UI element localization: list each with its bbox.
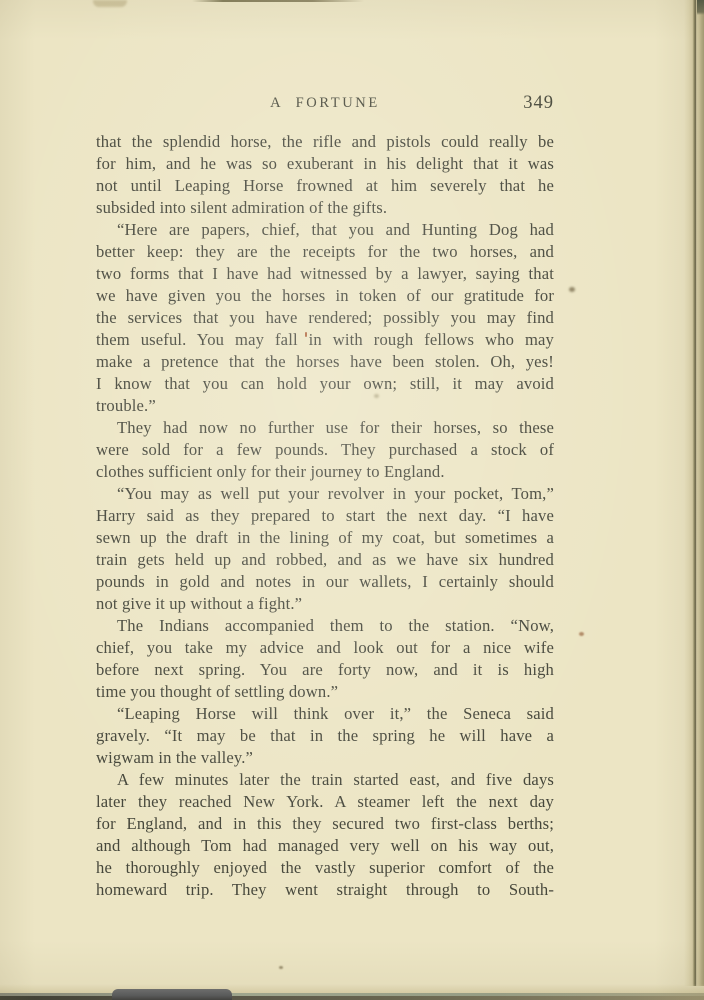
page-curl-shadow [0,984,704,993]
text-line: for him, and he was so exuberant in his … [96,153,554,175]
text-line: They had now no further use for their ho… [96,417,554,439]
binding-shadow [0,996,704,1000]
paragraph: that the splendid horse, the rifle and p… [96,131,554,219]
scan-speck [279,966,283,969]
paragraph: They had now no further use for their ho… [96,417,554,483]
text-line: were sold for a few pounds. They purchas… [96,439,554,461]
text-line: not give it up without a fight.” [96,593,554,615]
page-edge-top [192,0,364,2]
page-header: A FORTUNE 349 [96,93,554,115]
text-line: make a pretence that the horses have bee… [96,351,554,373]
text-line: The Indians accompanied them to the stat… [96,615,554,637]
paragraph: “You may as well put your revolver in yo… [96,483,554,615]
paragraph: The Indians accompanied them to the stat… [96,615,554,703]
binding-corner [697,0,704,15]
text-line: that the splendid horse, the rifle and p… [96,131,554,153]
text-line: time you thought of settling down.” [96,681,554,703]
text-line: better keep: they are the receipts for t… [96,241,554,263]
text-line: wigwam in the valley.” [96,747,554,769]
text-line: later they reached New York. A steamer l… [96,791,554,813]
text-line: “Leaping Horse will think over it,” the … [96,703,554,725]
text-line: for England, and in this they secured tw… [96,813,554,835]
body-text: that the splendid horse, the rifle and p… [96,131,554,901]
text-line: not until Leaping Horse frowned at him s… [96,175,554,197]
text-line: we have given you the horses in token of… [96,285,554,307]
page-edge-right [684,0,704,986]
text-line: the services that you have rendered; pos… [96,307,554,329]
book-page-scan: A FORTUNE 349 that the splendid horse, t… [0,0,704,1000]
binding-clip-shadow [112,989,232,1000]
text-line: gravely. “It may be that in the spring h… [96,725,554,747]
page-number: 349 [523,93,554,114]
text-line: A few minutes later the train started ea… [96,769,554,791]
paragraph: A few minutes later the train started ea… [96,769,554,901]
scan-speck [579,632,584,636]
text-line: homeward trip. They went straight throug… [96,879,554,901]
text-line: he thoroughly enjoyed the vastly superio… [96,857,554,879]
scan-speck [569,287,575,292]
text-line: two forms that I have had witnessed by a… [96,263,554,285]
text-line: clothes sufficient only for their journe… [96,461,554,483]
text-line: “You may as well put your revolver in yo… [96,483,554,505]
text-line: trouble.” [96,395,554,417]
text-line: chief, you take my advice and look out f… [96,637,554,659]
text-line: train gets held up and robbed, and as we… [96,549,554,571]
text-line: Harry said as they prepared to start the… [96,505,554,527]
paragraph: “Leaping Horse will think over it,” the … [96,703,554,769]
text-line: subsided into silent admiration of the g… [96,197,554,219]
page-edge-bottom [0,982,704,1000]
text-line: before next spring. You are forty now, a… [96,659,554,681]
text-line: “Here are papers, chief, that you and Hu… [96,219,554,241]
scan-smudge [93,0,127,7]
text-line: and although Tom had managed very well o… [96,835,554,857]
text-line: I know that you can hold your own; still… [96,373,554,395]
running-title: A FORTUNE [96,95,554,112]
paragraph: “Here are papers, chief, that you and Hu… [96,219,554,417]
text-line: them useful. You may fall in with rough … [96,329,554,351]
text-line: pounds in gold and notes in our wallets,… [96,571,554,593]
text-line: sewn up the draft in the lining of my co… [96,527,554,549]
